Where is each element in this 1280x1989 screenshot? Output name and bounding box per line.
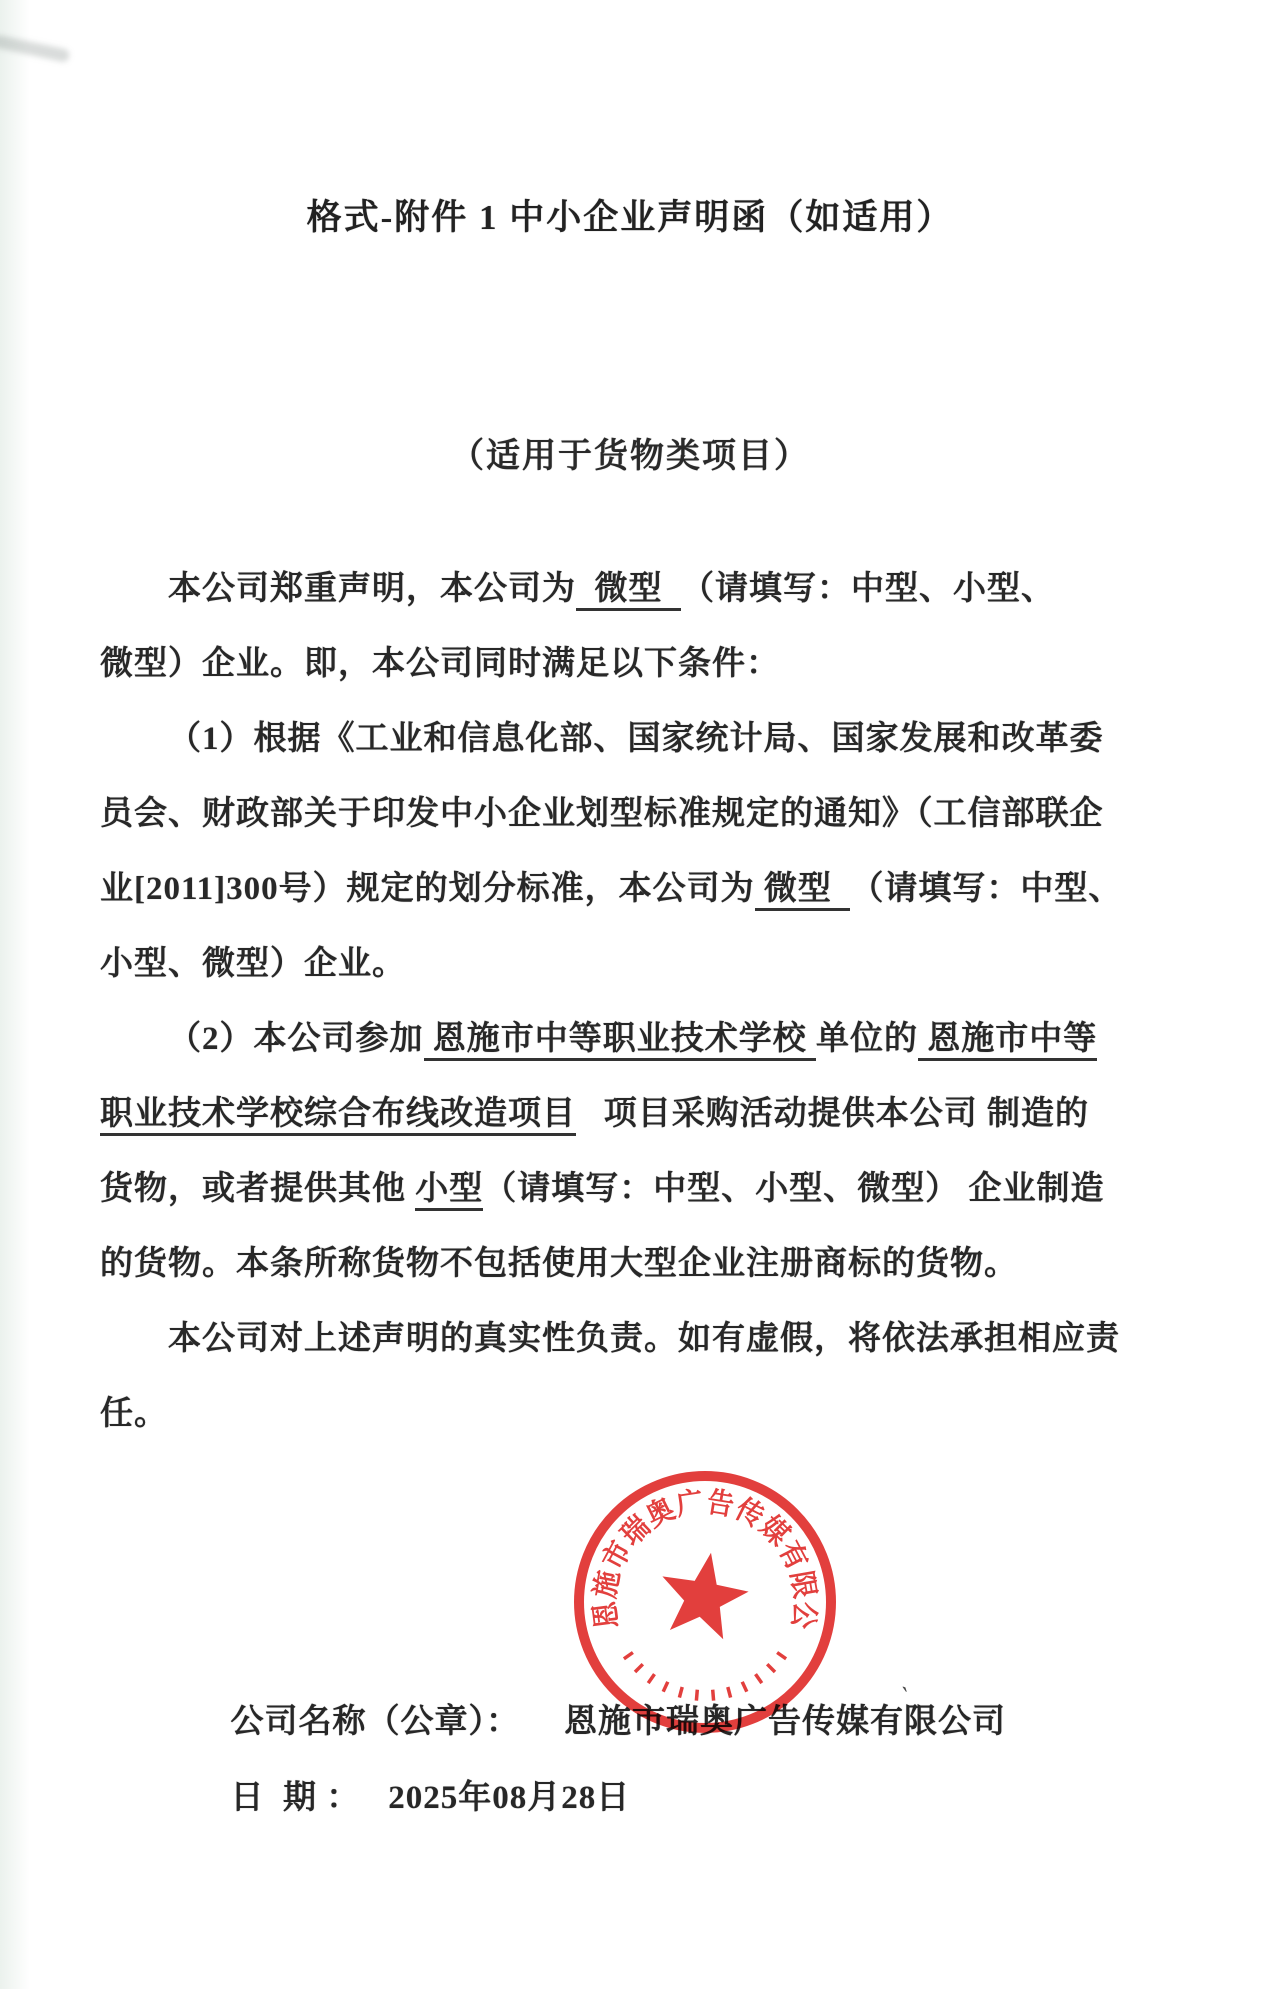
text-segment: 本公司郑重声明，本公司为 bbox=[168, 571, 576, 607]
company-name-value: 恩施市瑞奥广告传媒有限公司 bbox=[564, 1704, 1006, 1740]
text-segment: （请填写：中型、 bbox=[850, 871, 1122, 907]
document-title: 格式-附件 1 中小企业声明函（如适用） bbox=[100, 190, 1160, 240]
scan-corner-streak bbox=[0, 34, 70, 63]
filled-blank: 恩施市中等职业技术学校 bbox=[424, 1021, 817, 1061]
body-line: 小型、微型）企业。 bbox=[100, 927, 1175, 1002]
text-segment: 员会、财政部关于印发中小企业划型标准规定的通知》（工信部联企 bbox=[100, 796, 1104, 832]
text-segment: 任。 bbox=[100, 1396, 168, 1432]
body-line: 货物，或者提供其他 小型（请填写：中型、小型、微型） 企业制造 bbox=[100, 1152, 1175, 1227]
body-line: 职业技术学校综合布线改造项目 项目采购活动提供本公司 制造的 bbox=[100, 1077, 1175, 1152]
date-value: 2025年08月28日 bbox=[388, 1780, 630, 1816]
company-name-label: 公司名称（公章）： bbox=[231, 1704, 521, 1740]
body-line: （1）根据《工业和信息化部、国家统计局、国家发展和改革委 bbox=[100, 702, 1175, 777]
document-body: 本公司郑重声明，本公司为 微型 （请填写：中型、小型、微型）企业。即，本公司同时… bbox=[100, 552, 1175, 1452]
filled-blank: 恩施市中等 bbox=[918, 1021, 1097, 1061]
text-segment: （请填写：中型、小型、 bbox=[681, 571, 1055, 607]
signature-block: 公司名称（公章）：恩施市瑞奥广告传媒有限公司 日 期 ：2025年08月28日 bbox=[175, 1608, 1175, 1760]
company-name-row: 公司名称（公章）：恩施市瑞奥广告传媒有限公司 bbox=[175, 1608, 1175, 1684]
stamp-text: 恩施市瑞奥广告传媒有限公司 bbox=[555, 1452, 822, 1632]
scan-edge-tint bbox=[0, 0, 30, 1989]
text-segment: 业[2011]300号）规定的划分标准，本公司为 bbox=[100, 871, 755, 907]
body-line: 本公司郑重声明，本公司为 微型 （请填写：中型、小型、 bbox=[100, 552, 1175, 627]
body-line: 微型）企业。即，本公司同时满足以下条件： bbox=[100, 627, 1175, 702]
text-segment: 的货物。本条所称货物不包括使用大型企业注册商标的货物。 bbox=[100, 1246, 1018, 1282]
document-page: 格式-附件 1 中小企业声明函（如适用） （适用于货物类项目） 本公司郑重声明，… bbox=[0, 0, 1280, 1989]
text-segment: 小型、微型）企业。 bbox=[100, 946, 406, 982]
text-segment: 本公司对上述声明的真实性负责。如有虚假，将依法承担相应责 bbox=[168, 1321, 1120, 1357]
filled-blank: 微型 bbox=[755, 871, 851, 911]
body-line: 员会、财政部关于印发中小企业划型标准规定的通知》（工信部联企 bbox=[100, 777, 1175, 852]
date-label: 日 期 ： bbox=[231, 1780, 361, 1816]
filled-blank: 小型 bbox=[415, 1171, 483, 1211]
text-segment: 单位的 bbox=[816, 1021, 918, 1057]
text-segment: （1）根据《工业和信息化部、国家统计局、国家发展和改革委 bbox=[168, 721, 1104, 757]
body-line: 业[2011]300号）规定的划分标准，本公司为 微型 （请填写：中型、 bbox=[100, 852, 1175, 927]
stamp-curved-text: 恩施市瑞奥广告传媒有限公司 bbox=[555, 1452, 822, 1632]
text-segment: 项目采购活动提供本公司 制造的 bbox=[576, 1096, 1089, 1132]
filled-blank: 微型 bbox=[576, 571, 681, 611]
document-subtitle: （适用于货物类项目） bbox=[100, 428, 1160, 477]
body-line: 本公司对上述声明的真实性负责。如有虚假，将依法承担相应责 bbox=[100, 1302, 1175, 1377]
body-line: （2）本公司参加 恩施市中等职业技术学校 单位的 恩施市中等 bbox=[100, 1002, 1175, 1077]
text-segment: （请填写：中型、小型、微型） 企业制造 bbox=[483, 1171, 1104, 1207]
text-segment: （2）本公司参加 bbox=[168, 1021, 424, 1057]
text-segment: 微型）企业。即，本公司同时满足以下条件： bbox=[100, 646, 780, 682]
text-segment: 货物，或者提供其他 bbox=[100, 1171, 415, 1207]
body-line: 任。 bbox=[100, 1377, 1175, 1452]
filled-blank: 职业技术学校综合布线改造项目 bbox=[100, 1096, 576, 1136]
body-line: 的货物。本条所称货物不包括使用大型企业注册商标的货物。 bbox=[100, 1227, 1175, 1302]
